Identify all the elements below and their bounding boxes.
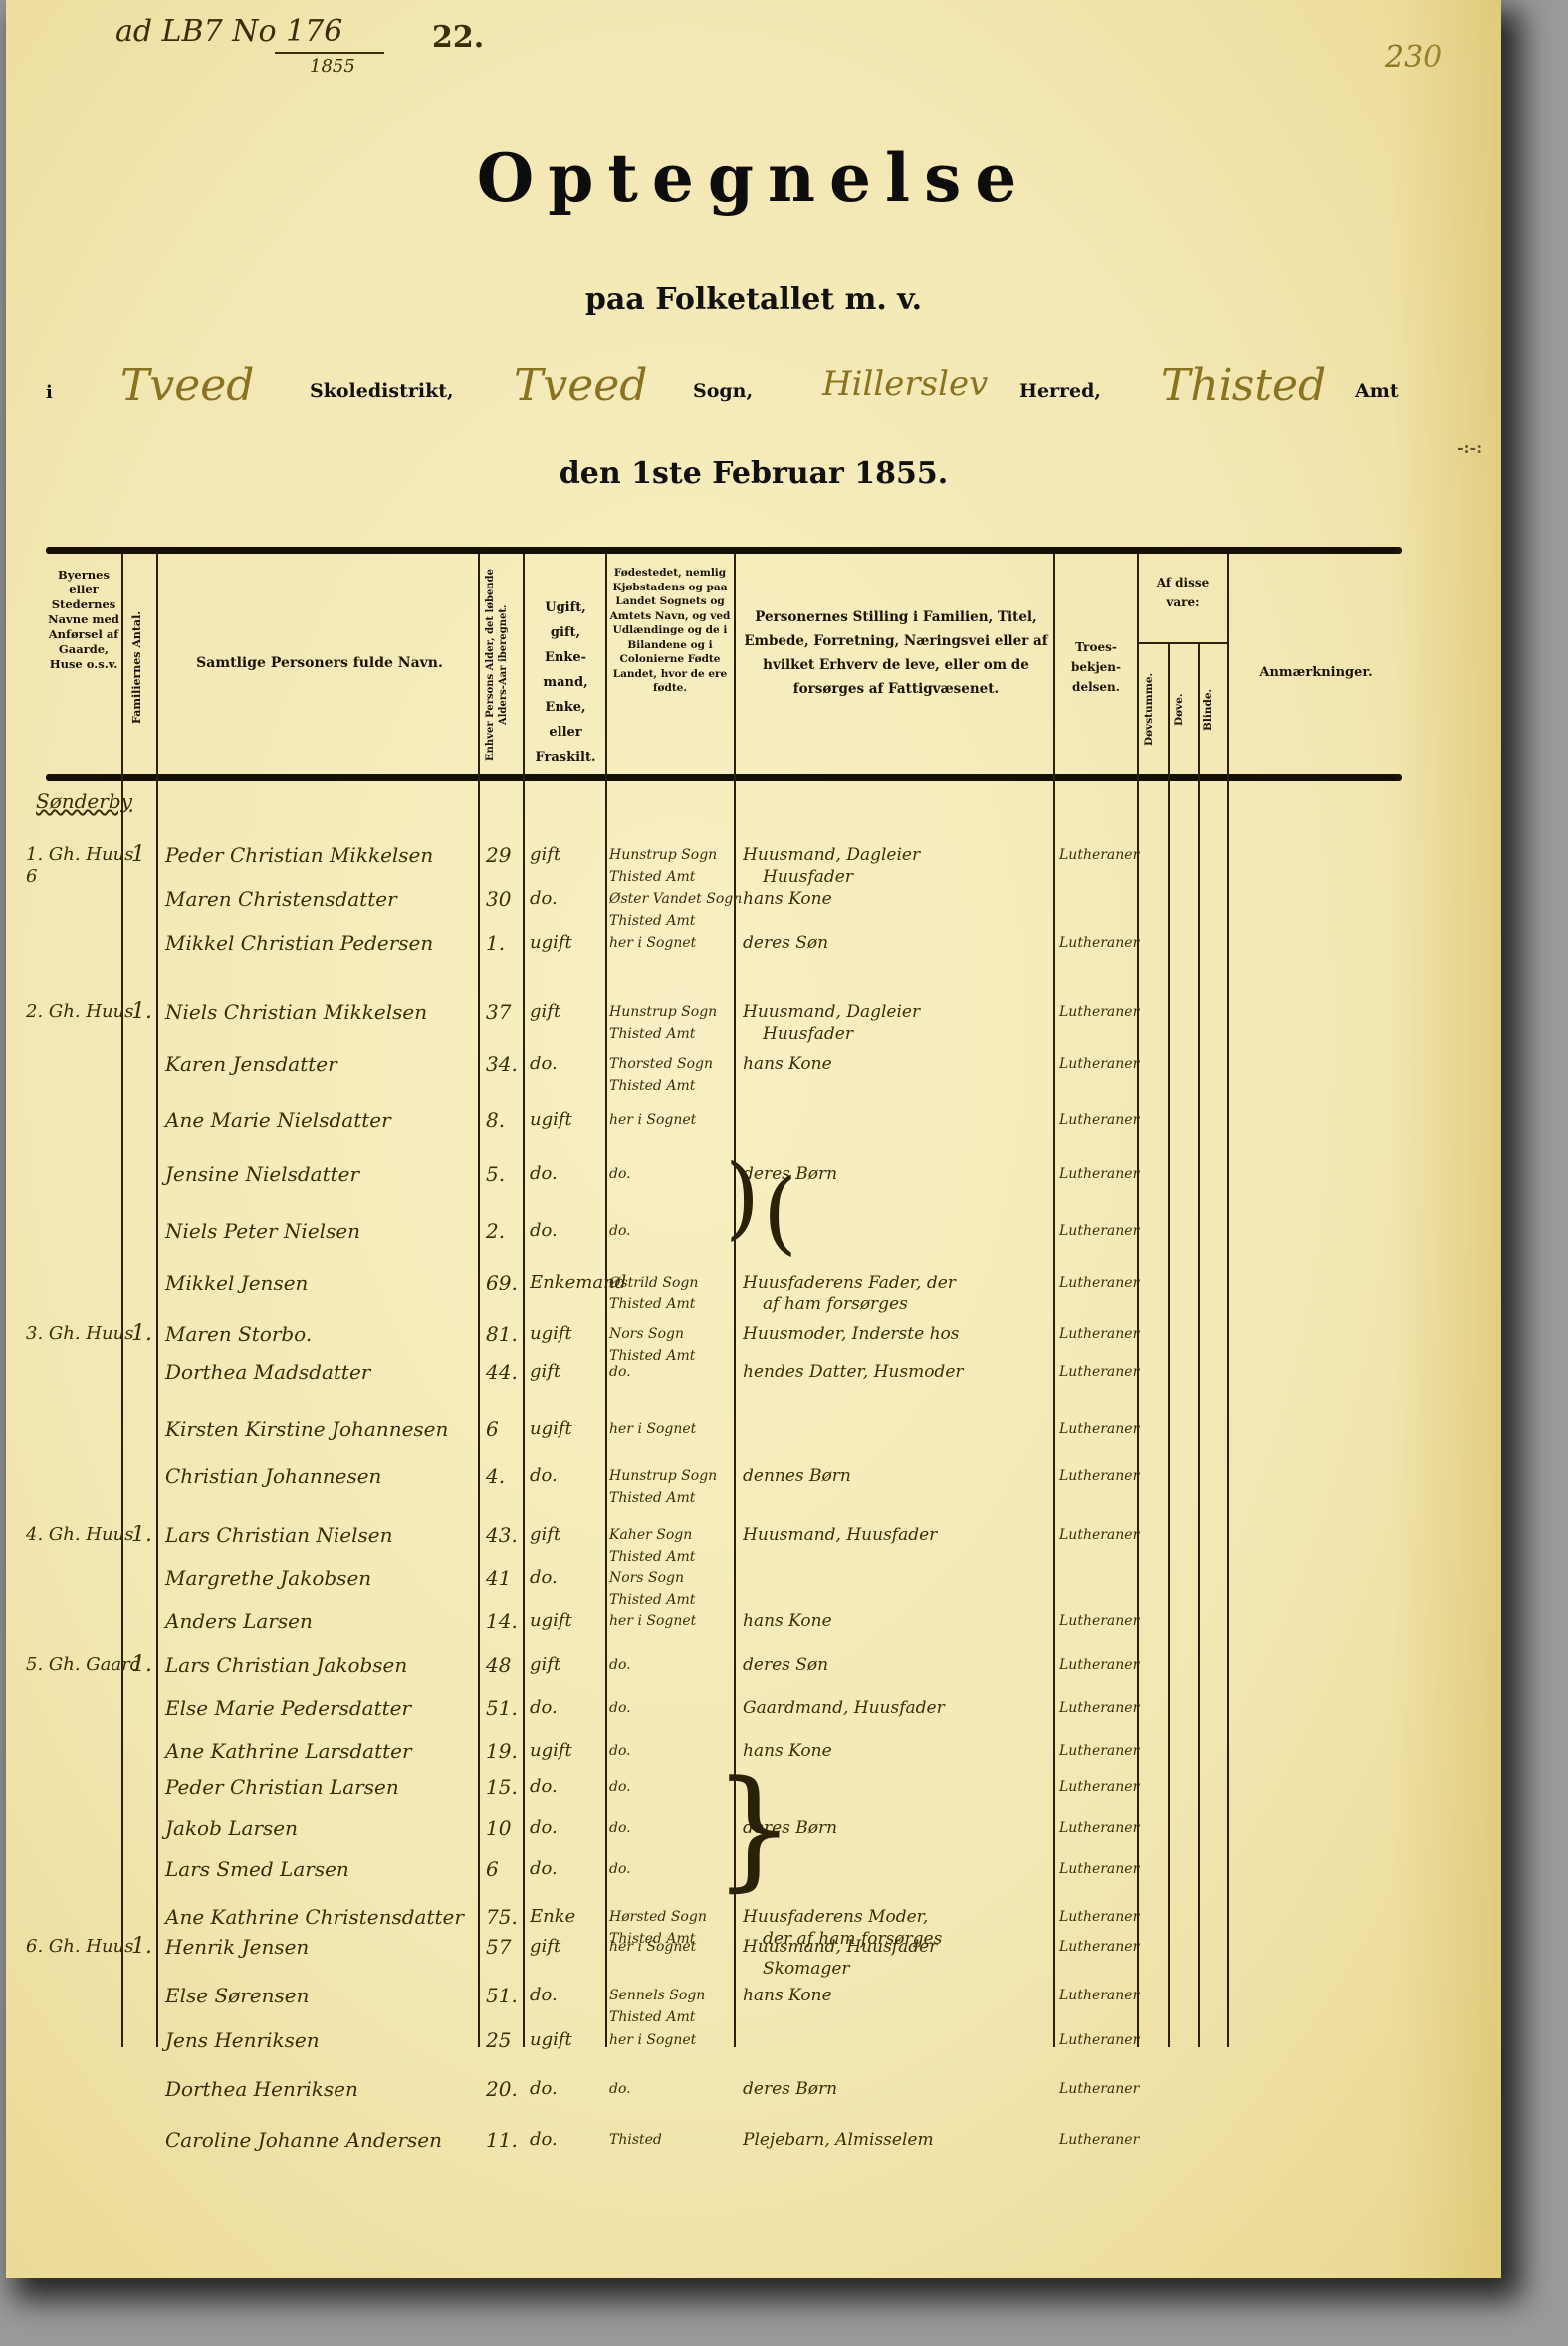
cell-religion: Lutheraner: [1059, 1163, 1139, 1185]
cell-birthplace: her i Sognet: [609, 932, 696, 954]
cell-families: 1.: [131, 1001, 152, 1023]
cell-religion: Lutheraner: [1059, 2078, 1139, 2100]
table-row: 5. Gh. Gaard1.Lars Christian Jakobsen48g…: [6, 1654, 1501, 1688]
cell-age: 34.: [486, 1054, 518, 1075]
header-families: Familiernes Antal.: [129, 573, 153, 762]
cell-birthplace: Nors Sogn: [609, 1567, 684, 1589]
cell-marital: ugift: [530, 1418, 572, 1440]
cell-birthplace-line2: Thisted Amt: [609, 1546, 695, 1568]
cell-religion: Lutheraner: [1059, 932, 1139, 954]
cell-religion: Lutheraner: [1059, 1858, 1139, 1880]
cell-religion: Lutheraner: [1059, 1001, 1139, 1023]
cell-age: 25: [486, 2029, 511, 2051]
table-row: Ane Marie Nielsdatter8.ugifther i Sognet…: [6, 1109, 1501, 1143]
table-row: Margrethe Jakobsen41do.Nors SognThisted …: [6, 1567, 1501, 1601]
archive-ref-number: 22.: [432, 20, 484, 55]
archive-ref-year: 1855: [310, 56, 355, 77]
cell-marital: gift: [530, 1001, 560, 1023]
table-row: 4. Gh. Huus1.Lars Christian Nielsen43.gi…: [6, 1525, 1501, 1558]
table-row: Karen Jensdatter34.do.Thorsted SognThist…: [6, 1054, 1501, 1087]
of-these-divider: [1137, 642, 1229, 644]
cell-marital: do.: [530, 1985, 558, 2006]
cell-birthplace: Sennels Sogn: [609, 1985, 705, 2006]
cell-families: 1.: [131, 1654, 152, 1676]
cell-age: 51.: [486, 1697, 518, 1719]
cell-age: 6: [486, 1418, 499, 1440]
county-label: Amt: [1355, 380, 1399, 402]
cell-name: Maren Storbo.: [165, 1323, 312, 1345]
cell-name: Mikkel Christian Pedersen: [165, 932, 433, 954]
census-date: den 1ste Februar 1855.: [6, 456, 1501, 491]
school-district-value: Tveed: [120, 360, 254, 411]
cell-name: Dorthea Henriksen: [165, 2078, 358, 2100]
cell-religion: Lutheraner: [1059, 844, 1139, 866]
cell-birthplace: do.: [609, 1858, 631, 1880]
cell-age: 1.: [486, 932, 505, 954]
cell-age: 69.: [486, 1272, 518, 1293]
cell-birthplace: do.: [609, 1697, 631, 1719]
header-place: Byernes eller Stedernes Navne med Anførs…: [48, 568, 119, 672]
school-district-label: Skoledistrikt,: [310, 380, 454, 402]
cell-birthplace-line2: Thisted Amt: [609, 1075, 695, 1097]
cell-religion: Lutheraner: [1059, 1361, 1139, 1383]
cell-name: Lars Christian Nielsen: [165, 1525, 393, 1546]
cell-position: deres Børn: [743, 2078, 837, 2100]
cell-families: 1.: [131, 1323, 152, 1345]
margin-mark: -:-:: [1457, 438, 1482, 457]
county-value: Thisted: [1161, 360, 1326, 411]
cell-marital: ugift: [530, 1740, 572, 1761]
cell-marital: do.: [530, 1697, 558, 1719]
table-row: Maren Christensdatter30do.Øster Vandet S…: [6, 888, 1501, 922]
cell-birthplace: do.: [609, 1817, 631, 1839]
header-age: Enhver Persons Alder, det løbende Alders…: [484, 563, 520, 767]
cell-religion: Lutheraner: [1059, 1697, 1139, 1719]
cell-marital: gift: [530, 1654, 560, 1676]
cell-place: 1. Gh. Huus: [26, 844, 133, 866]
date-year: 1855.: [854, 456, 948, 491]
header-name: Samtlige Personers fulde Navn.: [165, 655, 474, 671]
cell-age: 5.: [486, 1163, 505, 1185]
header-remarks: Anmærkninger.: [1232, 665, 1400, 681]
brace-children-family5: }: [713, 1753, 795, 1904]
archive-ref-fraction-line: [275, 52, 384, 54]
cell-position: dennes Børn: [743, 1465, 851, 1487]
table-row: 3. Gh. Huus1.Maren Storbo.81.ugiftNors S…: [6, 1323, 1501, 1357]
cell-name: Anders Larsen: [165, 1610, 313, 1632]
cell-age: 11.: [486, 2129, 518, 2151]
cell-marital: gift: [530, 844, 560, 866]
cell-marital: gift: [530, 1936, 560, 1958]
cell-marital: do.: [530, 1567, 558, 1589]
cell-birthplace: Hørsted Sogn: [609, 1906, 707, 1928]
cell-marital: do.: [530, 1858, 558, 1880]
cell-birthplace: Hunstrup Sogn: [609, 1001, 717, 1023]
cell-religion: Lutheraner: [1059, 1776, 1139, 1798]
cell-age: 6: [486, 1858, 499, 1880]
cell-place: 2. Gh. Huus: [26, 1001, 133, 1023]
cell-birthplace-line2: Thisted Amt: [609, 910, 695, 932]
cell-position: deres Søn: [743, 932, 828, 954]
cell-age: 10: [486, 1817, 511, 1839]
cell-position: Gaardmand, Huusfader: [743, 1697, 945, 1719]
cell-age: 57: [486, 1936, 511, 1958]
cell-position: hendes Datter, Husmoder: [743, 1361, 964, 1383]
cell-name: Ane Kathrine Christensdatter: [165, 1906, 464, 1928]
cell-name: Maren Christensdatter: [165, 888, 397, 910]
table-row: Anders Larsen14.ugifther i Sognethans Ko…: [6, 1610, 1501, 1644]
cell-place: 5. Gh. Gaard: [26, 1654, 141, 1676]
cell-age: 30: [486, 888, 511, 910]
cell-birthplace: do.: [609, 1776, 631, 1798]
cell-religion: Lutheraner: [1059, 1817, 1139, 1839]
cell-birthplace: Kaher Sogn: [609, 1525, 692, 1546]
cell-marital: do.: [530, 1054, 558, 1075]
page-title: Optegnelse: [6, 139, 1501, 217]
cell-birthplace-line2: Thisted Amt: [609, 2006, 695, 2028]
cell-position-line2: Huusfader: [763, 866, 853, 888]
table-row: Caroline Johanne Andersen11.do.ThistedPl…: [6, 2129, 1501, 2163]
cell-position: Plejebarn, Almisselem: [743, 2129, 934, 2151]
location-line: i Tveed Skoledistrikt, Tveed Sogn, Hille…: [6, 360, 1501, 420]
header-marital: Ugift, gift, Enke-mand, Enke, eller Fras…: [530, 595, 601, 770]
cell-age: 29: [486, 844, 511, 866]
table-row: 1. Gh. Huus61Peder Christian Mikkelsen29…: [6, 844, 1501, 878]
cell-place: 3. Gh. Huus: [26, 1323, 133, 1345]
table-row: Jens Henriksen25ugifther i SognetLuthera…: [6, 2029, 1501, 2063]
cell-birthplace-line2: Thisted Amt: [609, 1589, 695, 1611]
cell-name: Mikkel Jensen: [165, 1272, 308, 1293]
location-prefix: i: [46, 382, 53, 403]
cell-religion: Lutheraner: [1059, 1740, 1139, 1761]
page-subtitle: paa Folketallet m. v.: [6, 282, 1501, 317]
village-name: Sønderby: [36, 789, 132, 813]
header-of-these: Af disse vare:: [1141, 573, 1225, 612]
header-position: Personernes Stilling i Familien, Titel, …: [743, 605, 1049, 701]
cell-place-line2: 6: [26, 866, 37, 888]
cell-position: deres Søn: [743, 1654, 828, 1676]
cell-age: 48: [486, 1654, 511, 1676]
cell-religion: Lutheraner: [1059, 1272, 1139, 1293]
cell-position: hans Kone: [743, 1054, 832, 1075]
cell-position: Huusfaderens Moder,: [743, 1906, 928, 1928]
cell-position-line2: af ham forsørges: [763, 1293, 908, 1315]
cell-name: Peder Christian Mikkelsen: [165, 844, 433, 866]
header-birthplace: Fødestedet, nemlig Kjøbstadens og paa La…: [609, 566, 731, 696]
archive-reference: ad LB7 No 176: [115, 14, 342, 49]
cell-marital: do.: [530, 2129, 558, 2151]
date-day: 1ste: [631, 456, 702, 491]
table-top-rule: [46, 547, 1402, 554]
header-deaf: Døve.: [1171, 652, 1197, 767]
cell-age: 2.: [486, 1220, 505, 1242]
cell-birthplace: her i Sognet: [609, 2029, 696, 2051]
cell-position: Huusmand, Dagleier: [743, 844, 920, 866]
cell-marital: ugift: [530, 932, 572, 954]
cell-age: 41: [486, 1567, 511, 1589]
table-row: Kirsten Kirstine Johannesen6ugifther i S…: [6, 1418, 1501, 1452]
cell-age: 20.: [486, 2078, 518, 2100]
cell-age: 75.: [486, 1906, 518, 1928]
cell-place: 6. Gh. Huus: [26, 1936, 133, 1958]
cell-birthplace: Østrild Sogn: [609, 1272, 698, 1293]
cell-name: Caroline Johanne Andersen: [165, 2129, 442, 2151]
cell-name: Else Sørensen: [165, 1985, 309, 2006]
cell-birthplace: Thisted: [609, 2129, 662, 2151]
cell-position: Huusmand, Huusfader: [743, 1936, 937, 1958]
table-row: Dorthea Henriksen20.do.do.deres BørnLuth…: [6, 2078, 1501, 2112]
cell-name: Karen Jensdatter: [165, 1054, 337, 1075]
cell-position: hans Kone: [743, 888, 832, 910]
cell-marital: do.: [530, 888, 558, 910]
cell-marital: ugift: [530, 1109, 572, 1131]
table-row: Christian Johannesen4.do.Hunstrup SognTh…: [6, 1465, 1501, 1499]
cell-name: Jensine Nielsdatter: [165, 1163, 359, 1185]
cell-birthplace: Thorsted Sogn: [609, 1054, 713, 1075]
cell-families: 1: [131, 844, 145, 866]
cell-name: Kirsten Kirstine Johannesen: [165, 1418, 448, 1440]
cell-birthplace: do.: [609, 1361, 631, 1383]
table-row: Else Sørensen51.do.Sennels SognThisted A…: [6, 1985, 1501, 2018]
cell-marital: gift: [530, 1361, 560, 1383]
cell-marital: gift: [530, 1525, 560, 1546]
cell-name: Jakob Larsen: [165, 1817, 298, 1839]
cell-name: Dorthea Madsdatter: [165, 1361, 370, 1383]
hundred-value: Hillerslev: [822, 364, 988, 404]
cell-name: Jens Henriksen: [165, 2029, 320, 2051]
cell-religion: Lutheraner: [1059, 1418, 1139, 1440]
table-row: Mikkel Christian Pedersen1.ugifther i So…: [6, 932, 1501, 966]
cell-age: 51.: [486, 1985, 518, 2006]
page-number: 230: [1385, 40, 1442, 75]
cell-position: Huusmand, Huusfader: [743, 1525, 937, 1546]
cell-birthplace: do.: [609, 1220, 631, 1242]
cell-age: 43.: [486, 1525, 518, 1546]
cell-name: Christian Johannesen: [165, 1465, 381, 1487]
cell-religion: Lutheraner: [1059, 2129, 1139, 2151]
header-deaf-mute: Døvstumme.: [1141, 652, 1167, 767]
cell-families: 1.: [131, 1936, 152, 1958]
cell-name: Else Marie Pedersdatter: [165, 1697, 411, 1719]
cell-marital: ugift: [530, 1610, 572, 1632]
cell-religion: Lutheraner: [1059, 1906, 1139, 1928]
cell-marital: do.: [530, 1817, 558, 1839]
cell-religion: Lutheraner: [1059, 1525, 1139, 1546]
census-page: ad LB7 No 176 1855 22. 230 Optegnelse pa…: [6, 0, 1501, 2278]
cell-birthplace-line2: Thisted Amt: [609, 1023, 695, 1045]
cell-birthplace: Nors Sogn: [609, 1323, 684, 1345]
cell-age: 15.: [486, 1776, 518, 1798]
cell-marital: do.: [530, 2078, 558, 2100]
cell-religion: Lutheraner: [1059, 2029, 1139, 2051]
table-row: Dorthea Madsdatter44.giftdo.hendes Datte…: [6, 1361, 1501, 1395]
cell-marital: do.: [530, 1776, 558, 1798]
table-row: 6. Gh. Huus1.Henrik Jensen57gifther i So…: [6, 1936, 1501, 1970]
cell-name: Henrik Jensen: [165, 1936, 309, 1958]
cell-religion: Lutheraner: [1059, 1936, 1139, 1958]
brace-children-family2-position: (: [763, 1160, 797, 1265]
cell-birthplace: her i Sognet: [609, 1610, 696, 1632]
cell-birthplace: her i Sognet: [609, 1936, 696, 1958]
cell-marital: Enke: [530, 1906, 575, 1928]
cell-birthplace: Hunstrup Sogn: [609, 1465, 717, 1487]
cell-birthplace-line2: Thisted Amt: [609, 1293, 695, 1315]
cell-name: Niels Peter Nielsen: [165, 1220, 360, 1242]
header-religion: Troes-bekjen-delsen.: [1059, 637, 1133, 697]
cell-name: Lars Smed Larsen: [165, 1858, 349, 1880]
cell-religion: Lutheraner: [1059, 1054, 1139, 1075]
cell-position-line2: Huusfader: [763, 1023, 853, 1045]
cell-position: Huusfaderens Fader, der: [743, 1272, 956, 1293]
cell-marital: ugift: [530, 1323, 572, 1345]
cell-age: 14.: [486, 1610, 518, 1632]
date-month: Februar: [712, 456, 844, 491]
cell-age: 81.: [486, 1323, 518, 1345]
cell-name: Niels Christian Mikkelsen: [165, 1001, 427, 1023]
cell-age: 8.: [486, 1109, 505, 1131]
cell-marital: ugift: [530, 2029, 572, 2051]
cell-birthplace-line2: Thisted Amt: [609, 866, 695, 888]
cell-age: 44.: [486, 1361, 518, 1383]
cell-religion: Lutheraner: [1059, 1465, 1139, 1487]
date-prefix: den: [560, 456, 621, 491]
table-row: Mikkel Jensen69.EnkemandØstrild SognThis…: [6, 1272, 1501, 1305]
cell-position: Huusmoder, Inderste hos: [743, 1323, 959, 1345]
cell-families: 1.: [131, 1525, 152, 1546]
parish-label: Sogn,: [693, 380, 753, 402]
parish-value: Tveed: [514, 360, 647, 411]
archive-ref-line1: ad LB7 No 176: [115, 14, 342, 49]
cell-religion: Lutheraner: [1059, 1109, 1139, 1131]
cell-birthplace-line2: Thisted Amt: [609, 1487, 695, 1509]
cell-name: Lars Christian Jakobsen: [165, 1654, 407, 1676]
cell-birthplace: Hunstrup Sogn: [609, 844, 717, 866]
cell-birthplace: Øster Vandet Sogn: [609, 888, 742, 910]
cell-position: hans Kone: [743, 1985, 832, 2006]
cell-position: hans Kone: [743, 1610, 832, 1632]
cell-age: 19.: [486, 1740, 518, 1761]
cell-religion: Lutheraner: [1059, 1610, 1139, 1632]
cell-marital: do.: [530, 1163, 558, 1185]
hundred-label: Herred,: [1019, 380, 1101, 402]
cell-religion: Lutheraner: [1059, 1220, 1139, 1242]
cell-religion: Lutheraner: [1059, 1985, 1139, 2006]
brace-children-family2: ): [725, 1145, 760, 1250]
cell-marital: do.: [530, 1220, 558, 1242]
cell-name: Ane Kathrine Larsdatter: [165, 1740, 412, 1761]
cell-birthplace: do.: [609, 2078, 631, 2100]
cell-name: Ane Marie Nielsdatter: [165, 1109, 391, 1131]
cell-birthplace: her i Sognet: [609, 1109, 696, 1131]
cell-religion: Lutheraner: [1059, 1323, 1139, 1345]
cell-marital: do.: [530, 1465, 558, 1487]
cell-birthplace: her i Sognet: [609, 1418, 696, 1440]
table-row: 2. Gh. Huus1.Niels Christian Mikkelsen37…: [6, 1001, 1501, 1035]
cell-age: 4.: [486, 1465, 505, 1487]
cell-religion: Lutheraner: [1059, 1654, 1139, 1676]
cell-place: 4. Gh. Huus: [26, 1525, 133, 1546]
cell-name: Margrethe Jakobsen: [165, 1567, 371, 1589]
table-row: Else Marie Pedersdatter51.do.do.Gaardman…: [6, 1697, 1501, 1731]
cell-birthplace: do.: [609, 1163, 631, 1185]
cell-birthplace: do.: [609, 1740, 631, 1761]
cell-birthplace: do.: [609, 1654, 631, 1676]
header-blind: Blinde.: [1200, 652, 1226, 767]
cell-position-line2: Skomager: [763, 1958, 850, 1980]
cell-position: Huusmand, Dagleier: [743, 1001, 920, 1023]
cell-age: 37: [486, 1001, 511, 1023]
cell-name: Peder Christian Larsen: [165, 1776, 399, 1798]
